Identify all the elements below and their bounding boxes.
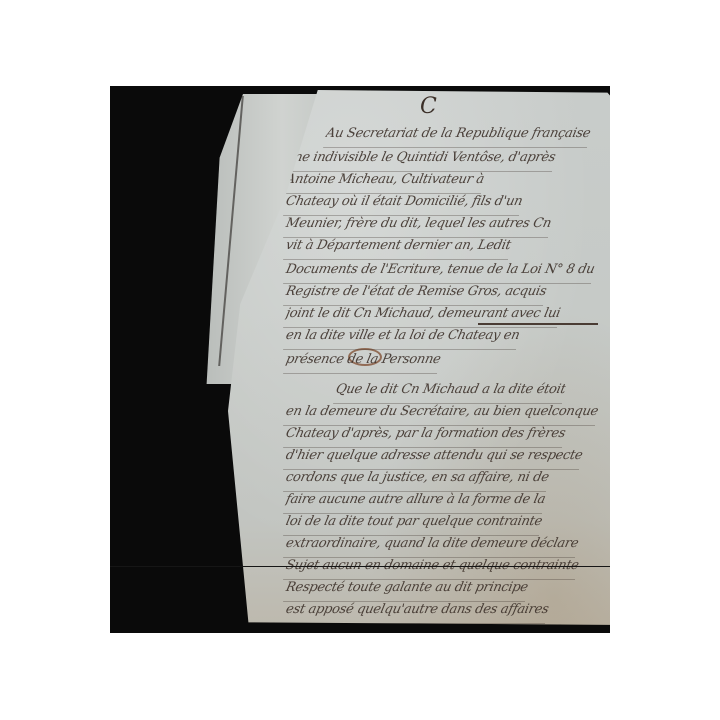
manuscript-line-text: présence de la Personne xyxy=(283,346,443,374)
heading-mark: C xyxy=(420,94,437,119)
manuscript-line-text: la dite supérieure que les attentions po… xyxy=(283,618,550,633)
manuscript-line: présence de la Personne xyxy=(283,346,443,374)
manuscript-photo: C Au Secretariat de la Republique frança… xyxy=(110,86,610,633)
ink-rule xyxy=(478,323,598,325)
manuscript-line: la dite supérieure que les attentions po… xyxy=(283,618,550,633)
